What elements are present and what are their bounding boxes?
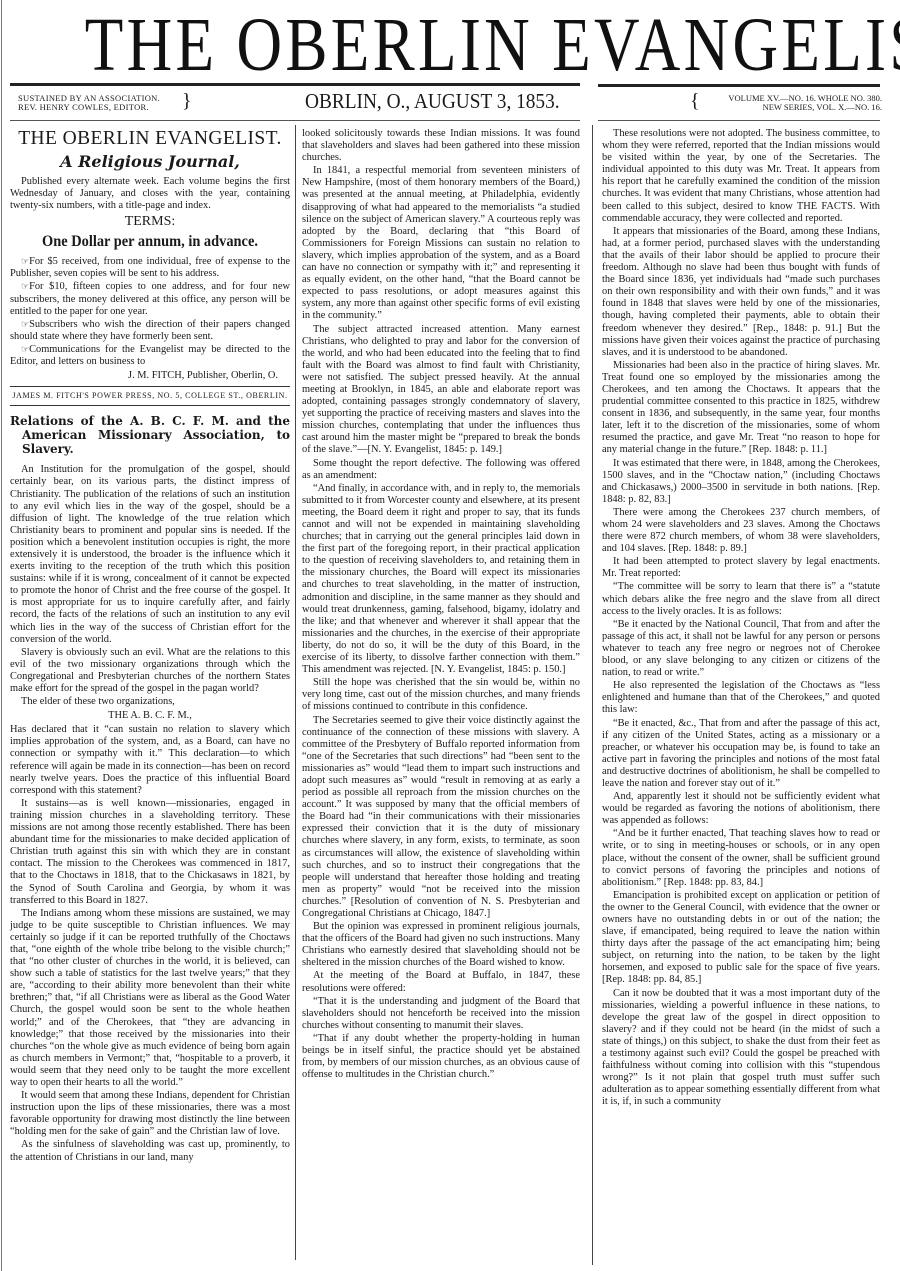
article-paragraph: It had been attempted to protect slavery… xyxy=(602,556,880,580)
column-2: looked solicitously towards these Indian… xyxy=(302,128,580,1082)
article-paragraph: The subject attracted increased attentio… xyxy=(302,324,580,457)
prospectus-description: Published every alternate week. Each vol… xyxy=(10,176,290,212)
article-headline: Relations of the A. B. C. F. M. and the … xyxy=(10,414,290,456)
page-edge xyxy=(1,0,2,1271)
masthead-rule-left xyxy=(10,83,580,86)
masthead: THE OBERLIN EVANGELIST. xyxy=(10,6,890,84)
editor-line: Rev. Henry Cowles, Editor. xyxy=(18,103,160,112)
article-paragraph: Slavery is obviously such an evil. What … xyxy=(10,647,290,695)
quoted-amendment: “And finally, in accordance with, and in… xyxy=(302,483,580,677)
pointing-hand-icon: ☞ xyxy=(21,345,29,355)
subscription-price: One Dollar per annum, in advance. xyxy=(24,232,276,252)
terms-note: ☞For $10, fifteen copies to one address,… xyxy=(10,281,290,317)
article-paragraph: Has declared that it “can sustain no rel… xyxy=(10,724,290,797)
section-subheading: THE A. B. C. F. M., xyxy=(10,710,290,722)
issue-date: OBRLIN, O., AUGUST 3, 1853. xyxy=(305,88,560,114)
quoted-report: “The committee will be sorry to learn th… xyxy=(602,581,880,617)
terms-note: ☞Communications for the Evangelist may b… xyxy=(10,344,290,368)
masthead-rule-right xyxy=(598,84,880,87)
dateline-bar: Sustained by an Association. Rev. Henry … xyxy=(0,88,900,118)
newspaper-title: THE OBERLIN EVANGELIST. xyxy=(85,6,815,84)
article-paragraph: And, apparently lest it should not be su… xyxy=(602,791,880,827)
brace-right-icon: { xyxy=(690,90,700,113)
article-paragraph: As the sinfulness of slaveholding was ca… xyxy=(10,1139,290,1163)
dateline-rule-left xyxy=(10,120,580,121)
terms-heading: TERMS: xyxy=(10,214,290,230)
pointing-hand-icon: ☞ xyxy=(21,257,29,267)
article-paragraph: He also represented the legislation of t… xyxy=(602,680,880,716)
article-paragraph: looked solicitously towards these Indian… xyxy=(302,128,580,164)
article-paragraph: The elder of these two organizations, xyxy=(10,696,290,708)
column-rule-1 xyxy=(295,125,296,1260)
article-paragraph: It sustains—as is well known—missionarie… xyxy=(10,798,290,907)
quoted-resolution: “That it is the understanding and judgme… xyxy=(302,996,580,1032)
column-rule-2 xyxy=(592,125,593,1265)
press-imprint: James M. Fitch's Power Press, No. 5, Col… xyxy=(10,386,290,406)
quoted-resolution: “That if any doubt whether the property-… xyxy=(302,1033,580,1081)
publisher-line: J. M. FITCH, Publisher, Oberlin, O. xyxy=(10,370,290,382)
pointing-hand-icon: ☞ xyxy=(21,282,29,292)
quoted-statute: “Be it enacted, &c., That from and after… xyxy=(602,718,880,791)
article-paragraph: Emancipation is prohibited except on app… xyxy=(602,890,880,987)
quoted-statute: “Be it enacted by the National Council, … xyxy=(602,619,880,679)
quoted-statute: “And be it further enacted, That teachin… xyxy=(602,828,880,888)
terms-note: ☞Subscribers who wish the direction of t… xyxy=(10,319,290,343)
article-paragraph: Missionaries had been also in the practi… xyxy=(602,360,880,457)
series-line: New Series, Vol. X.—No. 16. xyxy=(712,103,882,112)
article-paragraph: It would seem that among these Indians, … xyxy=(10,1090,290,1138)
dateline-rule-right xyxy=(598,120,880,121)
volume-info: Volume XV.—No. 16. Whole No. 380. New Se… xyxy=(712,94,882,112)
article-paragraph: Still the hope was cherished that the si… xyxy=(302,677,580,713)
pointing-hand-icon: ☞ xyxy=(21,320,29,330)
article-paragraph: An Institution for the promulgation of t… xyxy=(10,464,290,645)
article-paragraph: But the opinion was expressed in promine… xyxy=(302,921,580,969)
brace-left-icon: } xyxy=(182,90,192,113)
article-paragraph: Can it now be doubted that it was a most… xyxy=(602,988,880,1109)
newspaper-page: THE OBERLIN EVANGELIST. Sustained by an … xyxy=(0,0,900,1271)
prospectus-title: THE OBERLIN EVANGELIST. xyxy=(10,128,290,150)
editor-info: Sustained by an Association. Rev. Henry … xyxy=(18,94,160,112)
terms-note: ☞For $5 received, from one individual, f… xyxy=(10,256,290,280)
article-paragraph: These resolutions were not adopted. The … xyxy=(602,128,880,225)
article-paragraph: It was estimated that there were, in 184… xyxy=(602,458,880,506)
article-paragraph: In 1841, a respectful memorial from seve… xyxy=(302,165,580,322)
column-3: These resolutions were not adopted. The … xyxy=(602,128,880,1110)
article-paragraph: At the meeting of the Board at Buffalo, … xyxy=(302,970,580,994)
article-paragraph: It appears that missionaries of the Boar… xyxy=(602,226,880,359)
article-paragraph: There were among the Cherokees 237 churc… xyxy=(602,507,880,555)
prospectus-subtitle: A Religious Journal, xyxy=(10,152,290,172)
article-paragraph: Some thought the report defective. The f… xyxy=(302,458,580,482)
article-paragraph: The Indians among whom these missions ar… xyxy=(10,908,290,1089)
column-1: THE OBERLIN EVANGELIST. A Religious Jour… xyxy=(10,128,290,1165)
article-paragraph: The Secretaries seemed to give their voi… xyxy=(302,715,580,921)
